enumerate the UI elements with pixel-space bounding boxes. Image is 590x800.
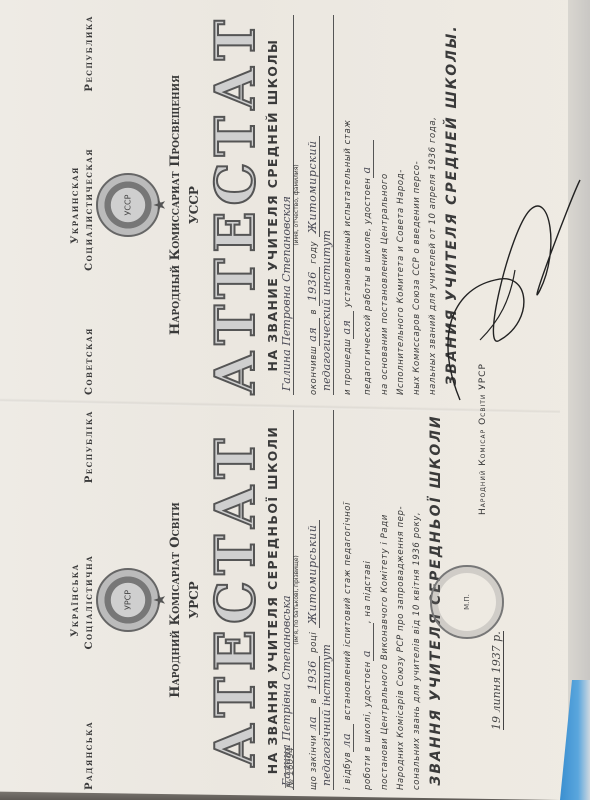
republic-word-mid: Социалистическая (84, 148, 96, 271)
basis-line-2: Народних Комісарів Союзу РСР про запрова… (396, 410, 406, 790)
ussr-heading: УРСР (187, 410, 201, 790)
certificate-title: АТТЕСТАТ (205, 15, 265, 395)
graduated-prefix: окончивш (309, 346, 319, 395)
registration-number: № 16094 (285, 747, 296, 788)
russian-certificate-panel: Украинская Советская Социалистическая Ре… (70, 15, 470, 395)
issue-date-handwritten: 19 липня 1937 р. (490, 631, 504, 730)
institution-handwritten-1: Житомирский (306, 136, 320, 237)
year-prefix: в (309, 698, 319, 704)
emblem-text: УССР (124, 195, 133, 216)
republic-word-left: Радянська (84, 721, 96, 790)
passed-text: встановлений іспитовий стаж педагогічної (343, 502, 353, 720)
holder-name-handwritten: Галина Петровна Степановская (280, 15, 294, 395)
republic-line-1: Украинская (70, 15, 82, 395)
work-text: роботи в школі, (363, 710, 373, 790)
certificate-subtitle: НА ЗВАНИЕ УЧИТЕЛЯ СРЕДНЕЙ ШКОЛЫ (265, 15, 280, 395)
passed-prefix: и прошедш (343, 339, 353, 395)
graduated-prefix: що закінчи (309, 735, 319, 790)
handwritten-signature-icon (440, 170, 590, 410)
year-suffix: году (309, 241, 319, 264)
passed-text: установленный испытательный стаж (343, 119, 353, 307)
awarded-text: удостоен (363, 178, 373, 225)
graduated-line: окончившая в 1936 году Житомирский (306, 15, 320, 395)
republic-line-2: Советская Социалистическая Республика (84, 15, 96, 395)
institution-handwritten-1: Житомирський (306, 520, 320, 628)
commissariat-heading: Народний Комісаріат Освіти (168, 410, 183, 790)
name-caption: (ім'я, по батькові, прізвище) (293, 410, 300, 790)
awarded-suffix: а (360, 140, 374, 178)
republic-word-left: Советская (84, 327, 96, 395)
passed-prefix: і відбув (343, 752, 353, 790)
basis-line-1: постанови Центрального Виконавчого Коміт… (380, 410, 390, 790)
basis-line-0: на підставі (363, 560, 373, 616)
passed-line: и прошедшая установленный испытательный … (340, 15, 354, 395)
basis-line-3: сональних звань для учителів від 10 квіт… (412, 410, 422, 790)
institution-handwritten-2: педагогический институт (320, 15, 334, 395)
graduation-year: 1936 (306, 267, 320, 305)
ussr-coat-of-arms-icon: УРСР ★ (96, 568, 160, 632)
basis-line-3: ных Комиссаров Союза ССР о введении перс… (412, 15, 422, 395)
republic-word-right: Республика (84, 15, 96, 92)
year-suffix: році (309, 632, 319, 653)
name-caption: (имя, отчество, фамилия) (293, 15, 300, 395)
emblem-text: УРСР (124, 590, 133, 610)
awarded-text: удостоєн (363, 661, 373, 707)
passed-line: і відбувла встановлений іспитовий стаж п… (340, 410, 354, 790)
ussr-heading: УССР (187, 15, 201, 395)
ukrainian-certificate-panel: Українська Радянська Соціалістична Респу… (70, 410, 470, 790)
star-icon: ★ (152, 198, 168, 212)
work-line: педагогической работы в школе, удостоена (360, 15, 374, 395)
republic-word-right: Республіка (84, 410, 96, 483)
holder-name-handwritten: Галина Петрівна Степановська (280, 410, 294, 790)
institution-handwritten-2: педагогічний інститут (320, 410, 334, 790)
stamp-text: М.П. (463, 594, 471, 610)
ussr-coat-of-arms-icon: УССР ★ (96, 173, 160, 237)
graduation-year: 1936 (306, 656, 320, 694)
star-icon: ★ (152, 593, 168, 607)
official-seal-stamp-icon: М.П. (430, 565, 504, 639)
passed-suffix: ла (340, 724, 354, 752)
work-text: педагогической работы в школе, (363, 227, 373, 395)
basis-line-4: нальных званий для учителей от 10 апреля… (428, 15, 438, 395)
republic-word-mid: Соціалістична (84, 555, 96, 650)
graduated-suffix: ла (306, 707, 320, 735)
graduated-line: що закінчила в 1936 році Житомирський (306, 410, 320, 790)
certificate-subtitle: НА ЗВАННЯ УЧИТЕЛЯ СЕРЕДНЬОЇ ШКОЛИ (265, 410, 280, 790)
basis-line-1: на основании постановления Центрального (380, 15, 390, 395)
work-line: роботи в школі, удостоєна, на підставі (360, 410, 374, 790)
certificate-title: АТЕСТАТ (205, 410, 265, 790)
awarded-suffix: а (360, 623, 374, 661)
commissariat-heading: Народный Комиссариат Просвещения (168, 15, 183, 395)
graduated-suffix: ая (306, 318, 320, 346)
basis-line-2: Исполнительного Комитета и Совета Народ- (396, 15, 406, 395)
republic-line-1: Українська (70, 410, 82, 790)
year-prefix: в (309, 309, 319, 315)
republic-line-2: Радянська Соціалістична Республіка (84, 410, 96, 790)
passed-suffix: ая (340, 311, 354, 339)
